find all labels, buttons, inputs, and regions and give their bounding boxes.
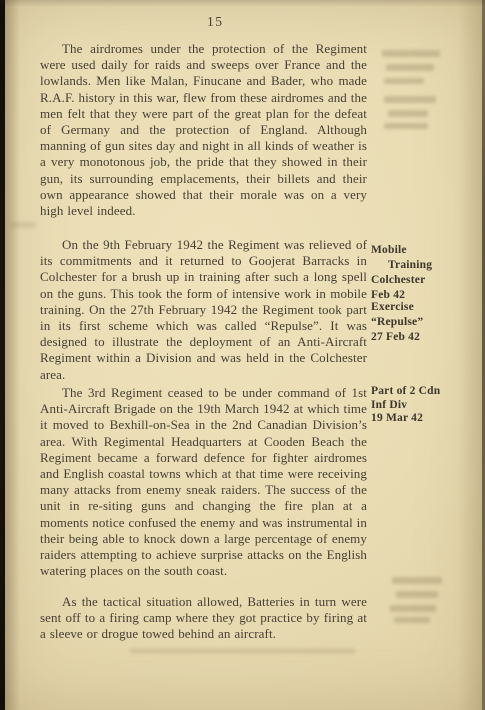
bleedthrough-ghost bbox=[384, 96, 436, 103]
margin-note-2cdn-inf-div: Part of 2 Cdn Inf Div 19 Mar 42 bbox=[371, 385, 483, 426]
paragraph-3rd-regiment: The 3rd Regiment ceased to be under comm… bbox=[40, 385, 367, 579]
bleedthrough-ghost bbox=[386, 64, 434, 71]
margin-note-line: 19 Mar 42 bbox=[371, 412, 483, 426]
page-edge-left-shadow bbox=[5, 0, 20, 710]
bleedthrough-ghost bbox=[390, 605, 436, 612]
page-number: 15 bbox=[207, 14, 224, 30]
bleedthrough-ghost bbox=[388, 110, 428, 117]
margin-note-line: Exercise bbox=[371, 300, 483, 315]
page-scan: 15 The airdromes under the protection of… bbox=[0, 0, 485, 710]
margin-note-line: Mobile bbox=[371, 243, 483, 258]
page-edge-top bbox=[0, 0, 485, 7]
paragraph-mobile-training: On the 9th February 1942 the Regiment wa… bbox=[40, 237, 367, 383]
bleedthrough-ghost bbox=[10, 222, 36, 228]
bleedthrough-ghost bbox=[392, 577, 442, 584]
margin-note-line: “Repulse” bbox=[371, 315, 483, 330]
margin-note-line: Part of 2 Cdn bbox=[371, 385, 483, 399]
paragraph-airdromes: The airdromes under the protection of th… bbox=[40, 41, 367, 219]
bleedthrough-ghost bbox=[382, 50, 440, 57]
margin-note-line: Colchester bbox=[371, 273, 483, 288]
margin-note-line: Training bbox=[371, 258, 483, 273]
bleedthrough-ghost bbox=[396, 591, 438, 598]
margin-note-mobile-training: Mobile Training Colchester Feb 42 bbox=[371, 243, 483, 303]
page-edge-right-shadow bbox=[458, 0, 482, 710]
margin-note-line: Inf Div bbox=[371, 399, 483, 413]
bleedthrough-ghost bbox=[394, 617, 430, 623]
paragraph-firing-camp: As the tactical situation allowed, Batte… bbox=[40, 594, 367, 643]
bleedthrough-ghost bbox=[130, 648, 355, 654]
bleedthrough-ghost bbox=[384, 123, 428, 129]
margin-note-exercise-repulse: Exercise “Repulse” 27 Feb 42 bbox=[371, 300, 483, 345]
margin-note-line: 27 Feb 42 bbox=[371, 330, 483, 345]
bleedthrough-ghost bbox=[384, 78, 424, 84]
